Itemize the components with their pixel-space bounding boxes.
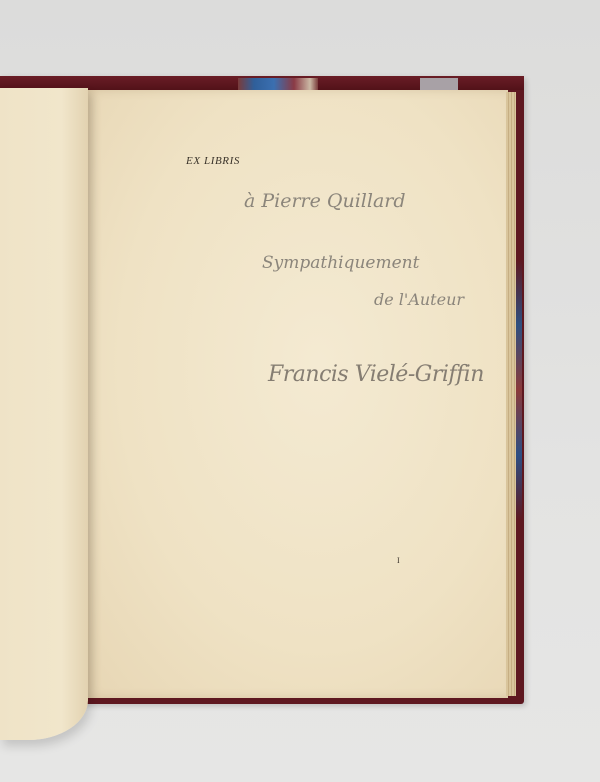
right-page bbox=[86, 90, 508, 698]
page-number: I bbox=[397, 556, 400, 565]
left-page bbox=[0, 88, 88, 740]
cover-label-strip bbox=[420, 78, 458, 90]
inscription-line-dedicatee: à Pierre Quillard bbox=[244, 190, 406, 212]
ex-libris-heading: EX LIBRIS bbox=[186, 155, 240, 167]
inscription-line-sympathy: Sympathiquement bbox=[262, 253, 419, 273]
marbled-side-edge bbox=[515, 260, 522, 520]
author-signature: Francis Vielé-Griffin bbox=[268, 362, 484, 387]
marbled-endpaper bbox=[238, 78, 318, 90]
page-block-edges bbox=[506, 92, 516, 696]
book-photo: EX LIBRIS à Pierre Quillard Sympathiquem… bbox=[0, 0, 600, 782]
inscription-line-author: de l'Auteur bbox=[374, 290, 464, 309]
